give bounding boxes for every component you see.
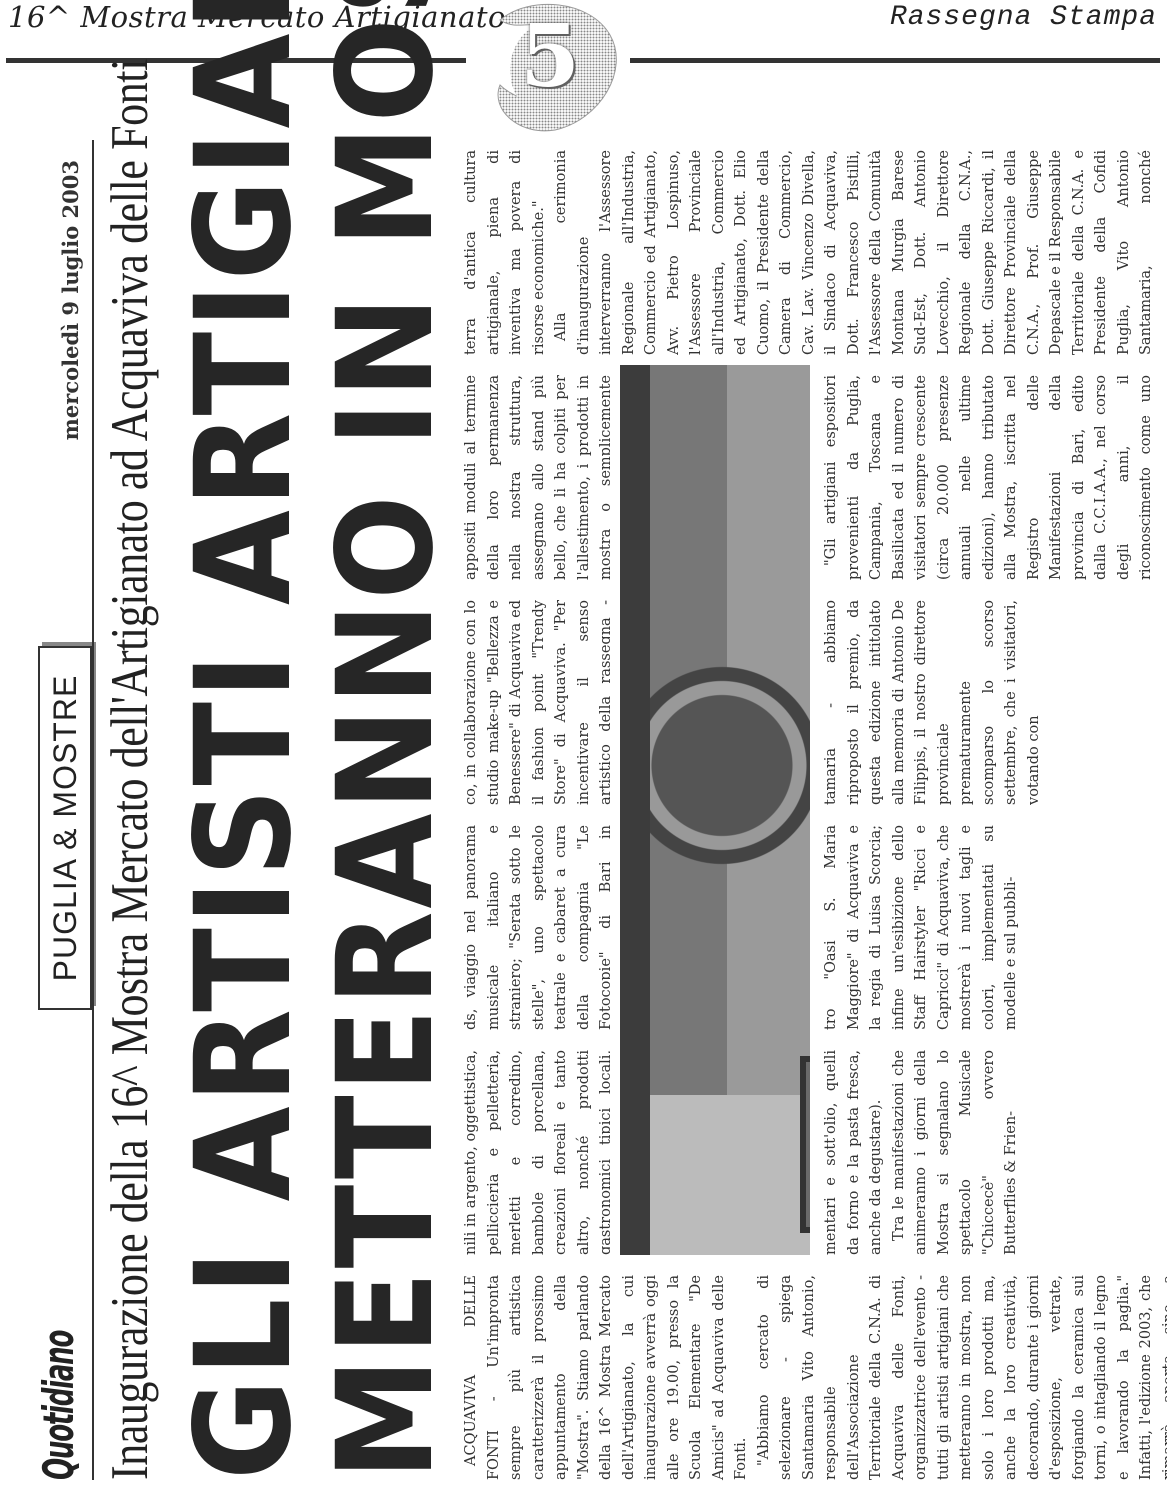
article-column: nili in argento, oggettistica, pelliccie…	[460, 1050, 610, 1255]
newspaper-name: Quotidiano	[34, 1331, 83, 1480]
masthead-rule	[92, 140, 94, 1480]
article-body: ACQUAVIVA DELLE FONTI - Un'impronta semp…	[460, 140, 1160, 1480]
article-column: tro "Oasi S. Maria Maggiore" di Acquaviv…	[820, 825, 1023, 1030]
article: Quotidiano PUGLIA & MOSTRE mercoledì 9 l…	[30, 140, 1160, 1480]
paragraph: Alla cerimonia d'inaugurazione interverr…	[550, 150, 1160, 355]
paragraph: tamaria - abbiamo riproposto il premio, …	[820, 600, 1045, 805]
edition-logo: 5	[460, 0, 640, 138]
article-column: terra d'antica cultura artigianale, pien…	[460, 150, 1160, 355]
headline-line-2: METTERANNO IN MOSTRA	[320, 234, 452, 1480]
paragraph: ds, viaggio nel panorama musicale italia…	[460, 825, 610, 1030]
masthead: Quotidiano PUGLIA & MOSTRE mercoledì 9 l…	[30, 140, 102, 1480]
paragraph: terra d'antica cultura artigianale, pien…	[460, 150, 550, 355]
newspaper-clipping: Quotidiano PUGLIA & MOSTRE mercoledì 9 l…	[30, 140, 1160, 1480]
header-rule	[630, 58, 1160, 63]
article-kicker: Inaugurazione della 16^ Mostra Mercato d…	[100, 368, 160, 1480]
publication-date: mercoledì 9 luglio 2003	[58, 160, 83, 440]
article-column: ACQUAVIVA DELLE FONTI - Un'impronta semp…	[460, 1275, 1167, 1480]
article-column: ds, viaggio nel panorama musicale italia…	[460, 825, 610, 1030]
section-label: PUGLIA & MOSTRE	[38, 646, 92, 1010]
article-column: appositi moduli al termine della loro pe…	[460, 375, 610, 580]
press-review-title: Rassegna Stampa	[890, 2, 1157, 33]
article-column: co, in collaborazione con lo studio make…	[460, 600, 610, 805]
edition-number: 5	[460, 6, 640, 107]
paragraph: appositi moduli al termine della loro pe…	[460, 375, 610, 580]
paragraph: "Gli artigiani espositori provenienti da…	[820, 375, 1160, 580]
paragraph: Tra le manifestazioni che animeranno i g…	[888, 1050, 1023, 1255]
article-column: tamaria - abbiamo riproposto il premio, …	[820, 600, 1045, 805]
paragraph: ACQUAVIVA DELLE FONTI - Un'impronta semp…	[460, 1275, 753, 1480]
paragraph: tro "Oasi S. Maria Maggiore" di Acquaviv…	[820, 825, 1023, 1030]
paragraph: co, in collaborazione con lo studio make…	[460, 600, 610, 805]
photo-frame	[800, 1056, 810, 1233]
article-column: mentari e sott'olio, quelli da forno e l…	[820, 1050, 1023, 1255]
paragraph: mentari e sott'olio, quelli da forno e l…	[820, 1050, 888, 1255]
headline-line-1: GLI ARTISTI ARTIGIANI SI	[178, 234, 310, 1480]
article-column: "Gli artigiani espositori provenienti da…	[820, 375, 1160, 580]
paragraph: "Abbiamo cercato di selezionare - spiega…	[753, 1275, 1167, 1480]
paragraph: nili in argento, oggettistica, pelliccie…	[460, 1050, 610, 1255]
article-photo: Mo	[620, 365, 810, 1255]
